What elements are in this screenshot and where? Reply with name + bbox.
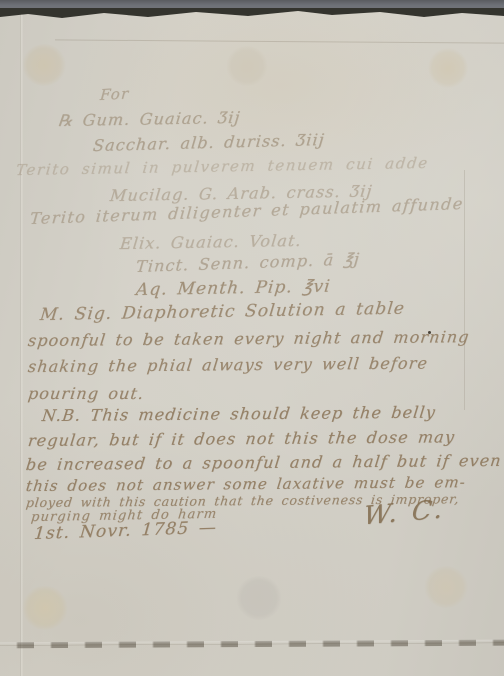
manuscript-heading: For	[99, 84, 130, 103]
manuscript-line: Tinct. Senn. comp. ā ℥j	[135, 249, 361, 276]
manuscript-line: Sacchar. alb. duriss. Ʒiij	[92, 130, 326, 155]
fold-line-horizontal-bottom	[0, 640, 504, 649]
manuscript-line: ℞ Gum. Guaiac. Ʒij	[57, 108, 242, 130]
stain-mark	[236, 576, 282, 620]
stain-mark	[22, 44, 66, 86]
manuscript-photograph: For ℞ Gum. Guaiac. Ʒij Sacchar. alb. dur…	[0, 0, 504, 676]
fold-line-vertical-right	[464, 170, 465, 410]
fold-line-horizontal-top	[55, 39, 504, 43]
manuscript-line: spoonful to be taken every night and mor…	[27, 327, 471, 350]
manuscript-page: For ℞ Gum. Guaiac. Ʒij Sacchar. alb. dur…	[0, 0, 504, 676]
fold-line-vertical-left	[20, 0, 23, 676]
manuscript-line: Aq. Menth. Pip. ℥vi	[135, 277, 332, 300]
stain-mark	[424, 566, 468, 608]
stain-mark	[428, 48, 468, 88]
manuscript-line: Terito simul in pulverem tenuem cui adde	[15, 154, 430, 179]
manuscript-line: be increased to a spoonful and a half bu…	[25, 451, 503, 474]
stain-mark	[22, 586, 68, 630]
manuscript-line: regular, but if it does not this the dos…	[27, 427, 456, 450]
manuscript-line: M. Sig. Diaphoretic Solution a table	[39, 299, 406, 325]
signature-initials: W. C.	[362, 495, 447, 532]
manuscript-line: shaking the phial always very well befor…	[27, 354, 429, 376]
manuscript-line: Elix. Guaiac. Volat.	[119, 231, 303, 253]
stain-mark	[226, 46, 268, 86]
manuscript-line: pouring out.	[27, 384, 146, 403]
manuscript-line: N.B. This medicine should keep the belly	[41, 403, 437, 425]
